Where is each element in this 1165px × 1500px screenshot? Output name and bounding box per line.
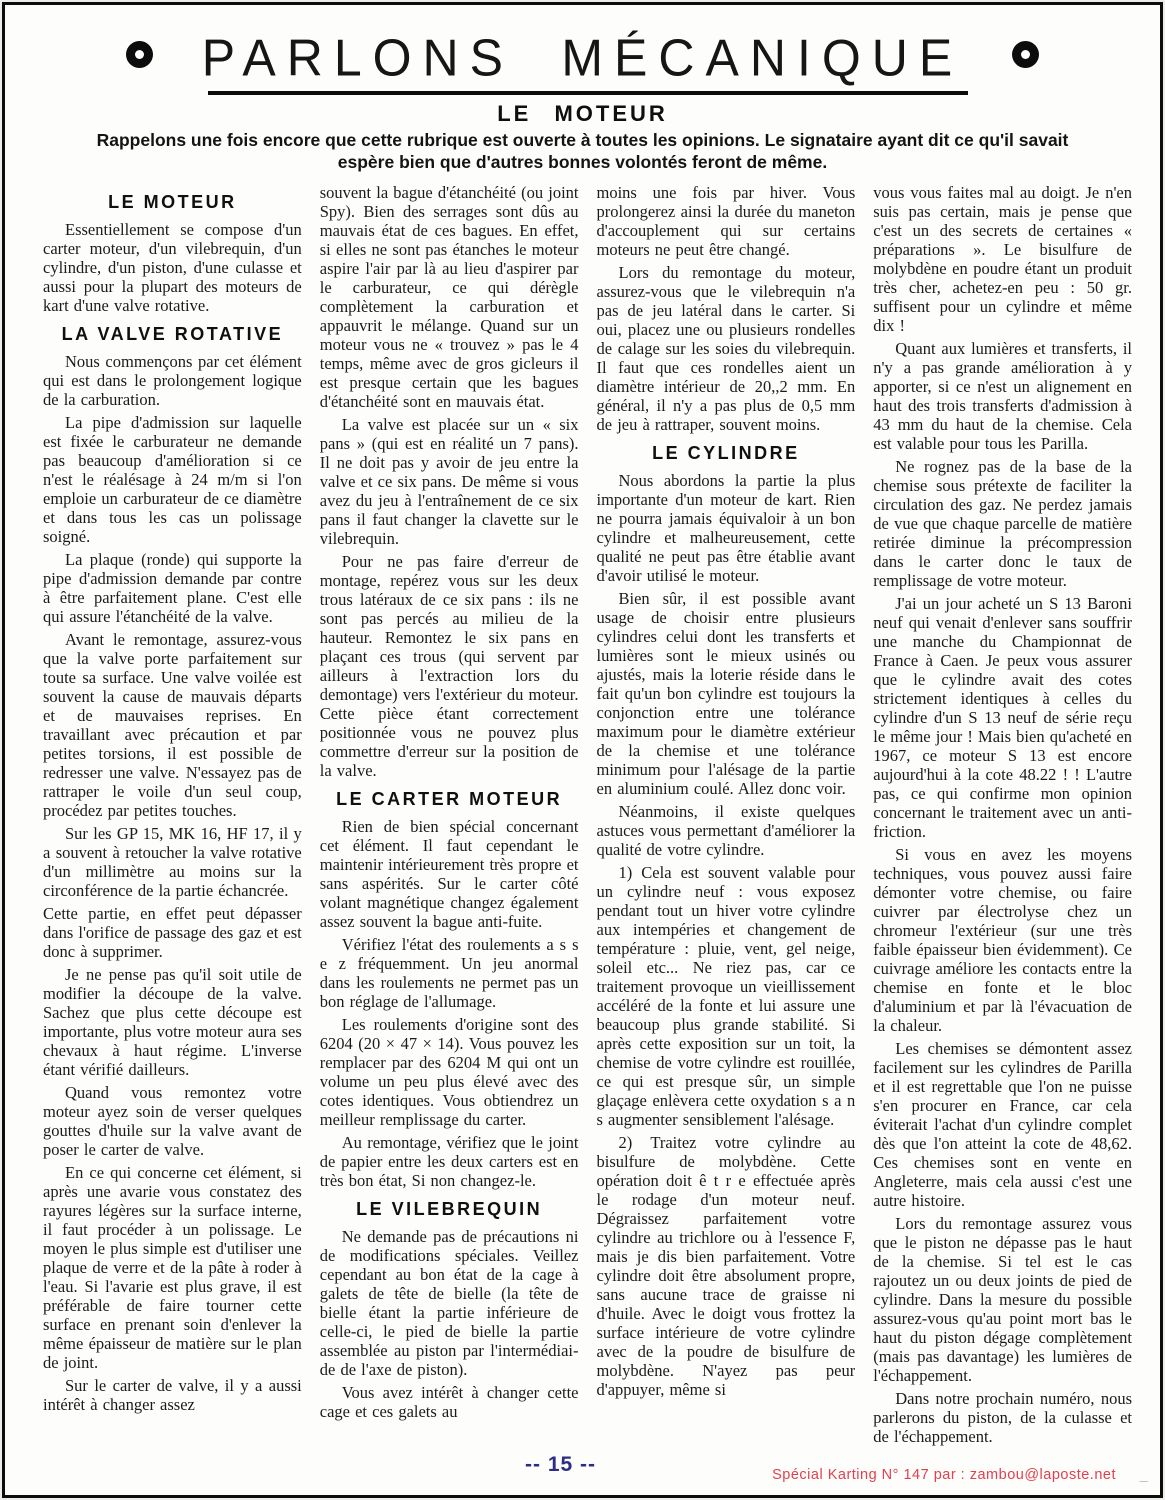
masthead-rule (208, 91, 968, 95)
paragraph: 1) Cela est souvent valable pour un cyli… (597, 863, 856, 1129)
column-heading: LE VILEBREQUIN (320, 1199, 579, 1220)
paragraph: La valve est placée sur un « six pans » … (320, 415, 579, 548)
footer-credit: Spécial Karting N° 147 par : zambou@lapo… (772, 1467, 1116, 1483)
paragraph: Si vous en avez les moyens techniques, v… (873, 845, 1132, 1035)
column-heading: LE CYLINDRE (597, 443, 856, 464)
paragraph: Sur les GP 15, MK 16, HF 17, il y a souv… (43, 824, 302, 900)
column-2: souvent la bague d'étanchéité (ou joint … (320, 183, 579, 1455)
page: PARLONS MÉCANIQUE LE MOTEUR Rappelons un… (2, 2, 1163, 1498)
paragraph: Essentiellement se compose d'un carter m… (43, 220, 302, 315)
column-4: vous vous faites mal au doigt. Je n'en s… (873, 183, 1132, 1455)
paragraph: Rien de bien spécial concernant cet élém… (320, 817, 579, 931)
paragraph: La plaque (ronde) qui supporte la pipe d… (43, 550, 302, 626)
paragraph: La pipe d'admission sur laquelle est fix… (43, 413, 302, 546)
paragraph: Quant aux lumières et transferts, il n'y… (873, 339, 1132, 453)
paragraph: Sur le carter de valve, il y a aussi int… (43, 1376, 302, 1414)
paragraph: Ne demande pas de précautions ni de modi… (320, 1227, 579, 1379)
paragraph: vous vous faites mal au doigt. Je n'en s… (873, 183, 1132, 335)
paragraph: Quand vous remontez votre moteur ayez so… (43, 1083, 302, 1159)
masthead-title: PARLONS MÉCANIQUE (5, 28, 1160, 88)
column-3: moins une fois par hiver. Vous prolonger… (597, 183, 856, 1455)
column-heading: LA VALVE ROTATIVE (43, 324, 302, 345)
paragraph: Vous avez intérêt à changer cette cage e… (320, 1383, 579, 1421)
paragraph: Ne rognez pas de la base de la chemise s… (873, 457, 1132, 590)
column-heading: LE CARTER MOTEUR (320, 789, 579, 810)
paragraph: Les chemises se démontent assez facileme… (873, 1039, 1132, 1210)
paragraph: 2) Traitez votre cylindre au bisulfure d… (597, 1133, 856, 1399)
paragraph: Nous commençons par cet élément qui est … (43, 352, 302, 409)
paragraph: Cette partie, en effet peut dépasser dan… (43, 904, 302, 961)
paragraph: souvent la bague d'étanchéité (ou joint … (320, 183, 579, 411)
paragraph: En ce qui concerne cet élément, si après… (43, 1163, 302, 1372)
paragraph: Je ne pense pas qu'il soit utile de modi… (43, 965, 302, 1079)
paragraph: Néanmoins, il existe quelques astuces vo… (597, 802, 856, 859)
section-intro: Rappelons une fois encore que cette rubr… (85, 129, 1080, 173)
article-columns: LE MOTEUREssentiellement se compose d'un… (43, 183, 1132, 1455)
paragraph: Au remontage, vérifiez que le joint de p… (320, 1133, 579, 1190)
column-heading: LE MOTEUR (43, 192, 302, 213)
paragraph: Vérifiez l'état des roulements a s s e z… (320, 935, 579, 1011)
paragraph: Dans notre prochain numéro, nous parlero… (873, 1389, 1132, 1446)
scanned-magazine-page: { "masthead": { "title": "PARLONS MÉCANI… (0, 0, 1165, 1500)
paragraph: Avant le remontage, assurez-vous que la … (43, 630, 302, 820)
paragraph: Bien sûr, il est possible avant usage de… (597, 589, 856, 798)
column-1: LE MOTEUREssentiellement se compose d'un… (43, 183, 302, 1455)
cursor-mark: _ (1140, 1467, 1148, 1484)
paragraph: Lors du remontage du moteur, assurez-vou… (597, 263, 856, 434)
paragraph: moins une fois par hiver. Vous prolonger… (597, 183, 856, 259)
paragraph: Lors du remontage assurez vous que le pi… (873, 1214, 1132, 1385)
section-title: LE MOTEUR (5, 101, 1160, 127)
page-number: -- 15 -- (525, 1453, 596, 1477)
paragraph: J'ai un jour acheté un S 13 Baroni neuf … (873, 594, 1132, 841)
paragraph: Nous abordons la partie la plus importan… (597, 471, 856, 585)
paragraph: Pour ne pas faire d'erreur de montage, r… (320, 552, 579, 780)
paragraph: Les roulements d'origine sont des 6204 (… (320, 1015, 579, 1129)
